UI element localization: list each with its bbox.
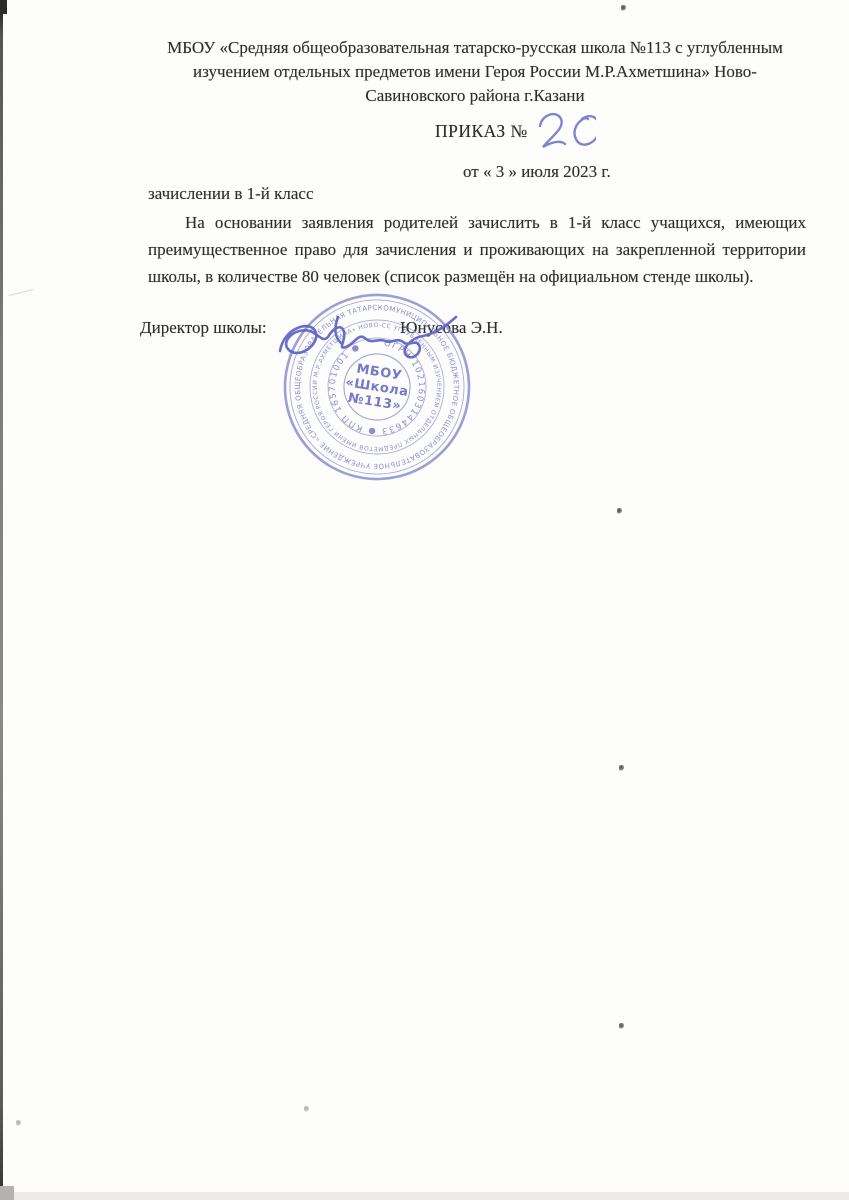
order-date: от « 3 » июля 2023 г. xyxy=(463,160,611,184)
scan-bottom-edge xyxy=(0,1192,849,1200)
order-title-label: ПРИКАЗ № xyxy=(435,119,528,143)
order-body-paragraph: На основании заявления родителей зачисли… xyxy=(148,209,806,290)
scan-bottom-left-corner xyxy=(0,1186,14,1200)
director-signature xyxy=(262,299,472,374)
scan-scratch-mark xyxy=(8,289,33,296)
order-number-handwritten xyxy=(530,104,596,154)
director-role-label: Директор школы: xyxy=(140,316,267,340)
scan-top-left-corner xyxy=(0,0,7,14)
header-line-2: изучением отдельных предметов имени Геро… xyxy=(150,60,800,84)
document-header: МБОУ «Средняя общеобразовательная татарс… xyxy=(150,36,800,108)
scan-speck xyxy=(621,5,626,11)
scan-speck xyxy=(16,1120,21,1126)
scan-left-edge xyxy=(0,0,3,1200)
header-line-3: Савиновского района г.Казани xyxy=(150,84,800,108)
scanned-document-page: МБОУ «Средняя общеобразовательная татарс… xyxy=(0,0,849,1200)
scan-speck xyxy=(304,1106,309,1112)
header-line-1: МБОУ «Средняя общеобразовательная татарс… xyxy=(150,36,800,60)
order-subject: зачислении в 1-й класс xyxy=(148,182,314,206)
scan-speck xyxy=(617,508,622,514)
scan-speck xyxy=(619,765,624,771)
scan-speck xyxy=(619,1023,624,1029)
